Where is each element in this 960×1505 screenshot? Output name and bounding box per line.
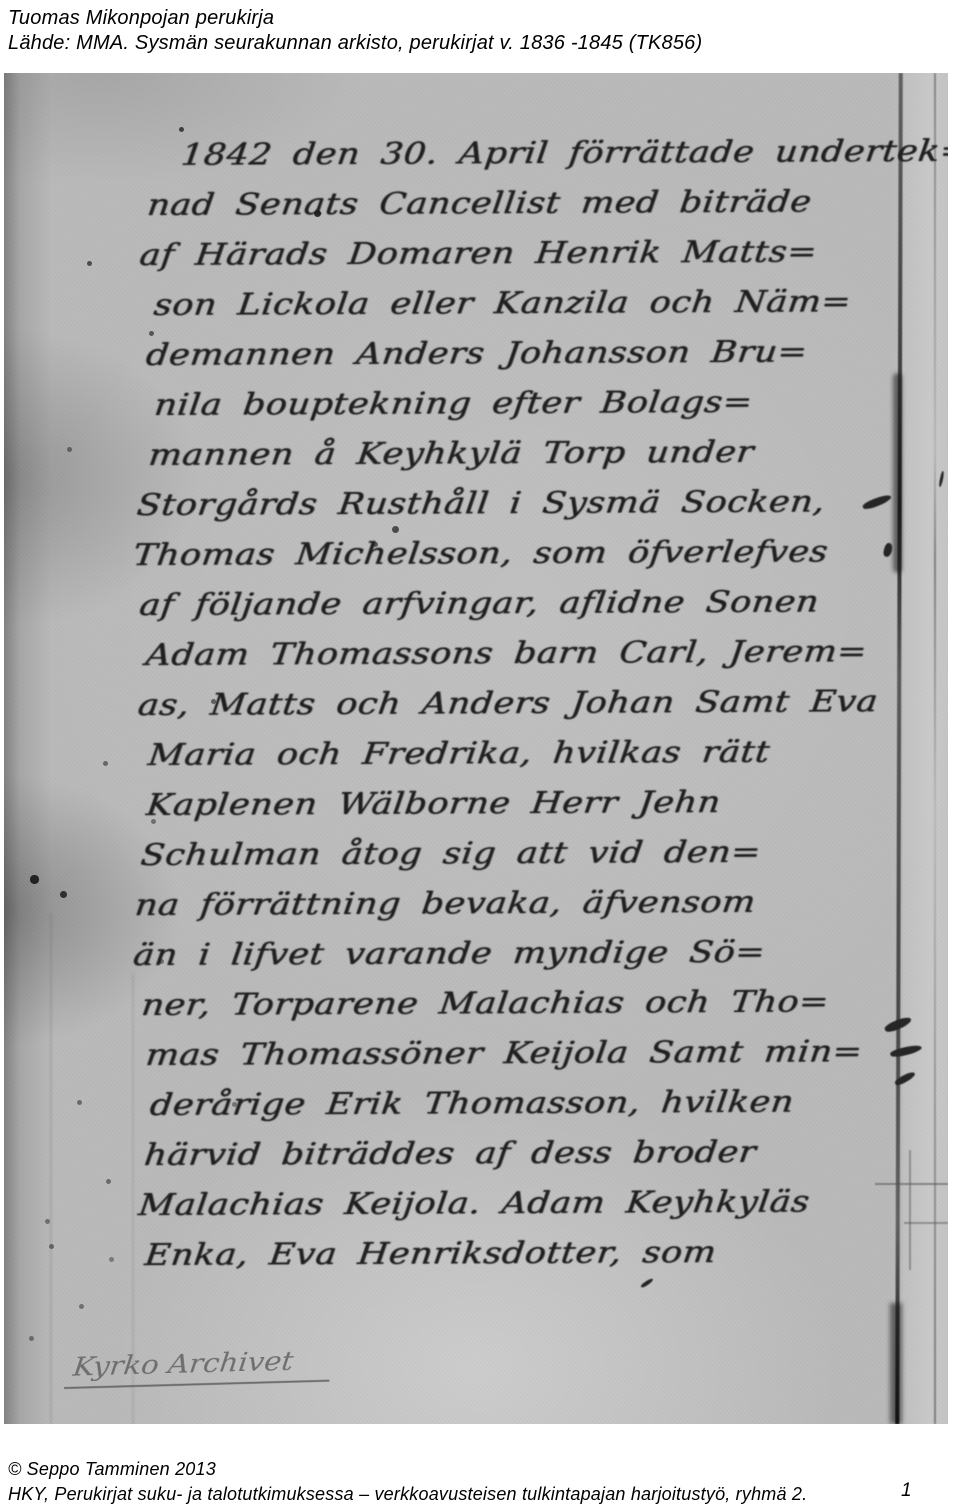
manuscript-line: Maria och Fredrika, hvilkas rätt [145, 726, 948, 781]
manuscript-line: härvid biträddes af dess broder [141, 1126, 948, 1181]
paper-fold-line [50, 913, 52, 1424]
manuscript-line: än i lifvet varande myndige Sö= [130, 926, 948, 981]
manuscript-line: af följande arfvingar, aflidne Sonen [137, 576, 948, 631]
manuscript-line: nila bouptekning efter Bolags= [151, 376, 948, 431]
dust-specks [4, 73, 7, 76]
archive-note: Kyrko Archivet [64, 1346, 333, 1389]
manuscript-line: Enka, Eva Henriksdotter, som [142, 1226, 948, 1281]
manuscript-line: ner, Torparene Malachias och Tho= [139, 976, 948, 1031]
manuscript-line: Storgårds Rusthåll i Sysmä Socken, [134, 476, 948, 531]
document-source: Lähde: MMA. Sysmän seurakunnan arkisto, … [8, 31, 702, 56]
manuscript-line: Schulman åtog sig att vid den= [138, 826, 948, 881]
manuscript-text: 1842 den 30. April förrättade undertek=n… [147, 127, 933, 1281]
manuscript-line: Kaplenen Wälborne Herr Jehn [144, 776, 948, 831]
manuscript-line: Thomas Michelsson, som öfverlefves [130, 526, 948, 581]
manuscript-line: demannen Anders Johansson Bru= [143, 326, 948, 381]
manuscript-line: derårige Erik Thomasson, hvilken [147, 1076, 948, 1131]
manuscript-line: mas Thomassöner Keijola Samt min= [143, 1026, 948, 1081]
manuscript-line: as, Matts och Anders Johan Samt Eva [135, 676, 948, 731]
footer-description: HKY, Perukirjat suku- ja talotutkimukses… [8, 1484, 807, 1505]
page-number: 1 [901, 1480, 912, 1502]
manuscript-line: mannen å Keyhkylä Torp under [146, 426, 948, 481]
manuscript-line: nad Senats Cancellist med biträde [144, 176, 948, 231]
manuscript-line: 1842 den 30. April förrättade undertek= [178, 126, 948, 181]
page-header: Tuomas Mikonpojan perukirja Lähde: MMA. … [8, 6, 702, 56]
manuscript-line: Malachias Keijola. Adam Keyhkyläs [136, 1176, 948, 1231]
manuscript-line: af Härads Domaren Henrik Matts= [137, 226, 948, 281]
document-title: Tuomas Mikonpojan perukirja [8, 6, 702, 31]
footer-copyright: © Seppo Tamminen 2013 [8, 1459, 216, 1480]
manuscript-line: Adam Thomassons barn Carl, Jerem= [143, 626, 948, 681]
ink-mark [640, 1277, 654, 1288]
manuscript-line: son Lickola eller Kanzila och Näm= [151, 276, 948, 331]
manuscript-line: na förrättning bevaka, äfvensom [132, 876, 948, 931]
manuscript-scan-image: 1842 den 30. April förrättade undertek=n… [4, 73, 948, 1424]
page-edge-smudge-bottom [890, 1303, 902, 1424]
